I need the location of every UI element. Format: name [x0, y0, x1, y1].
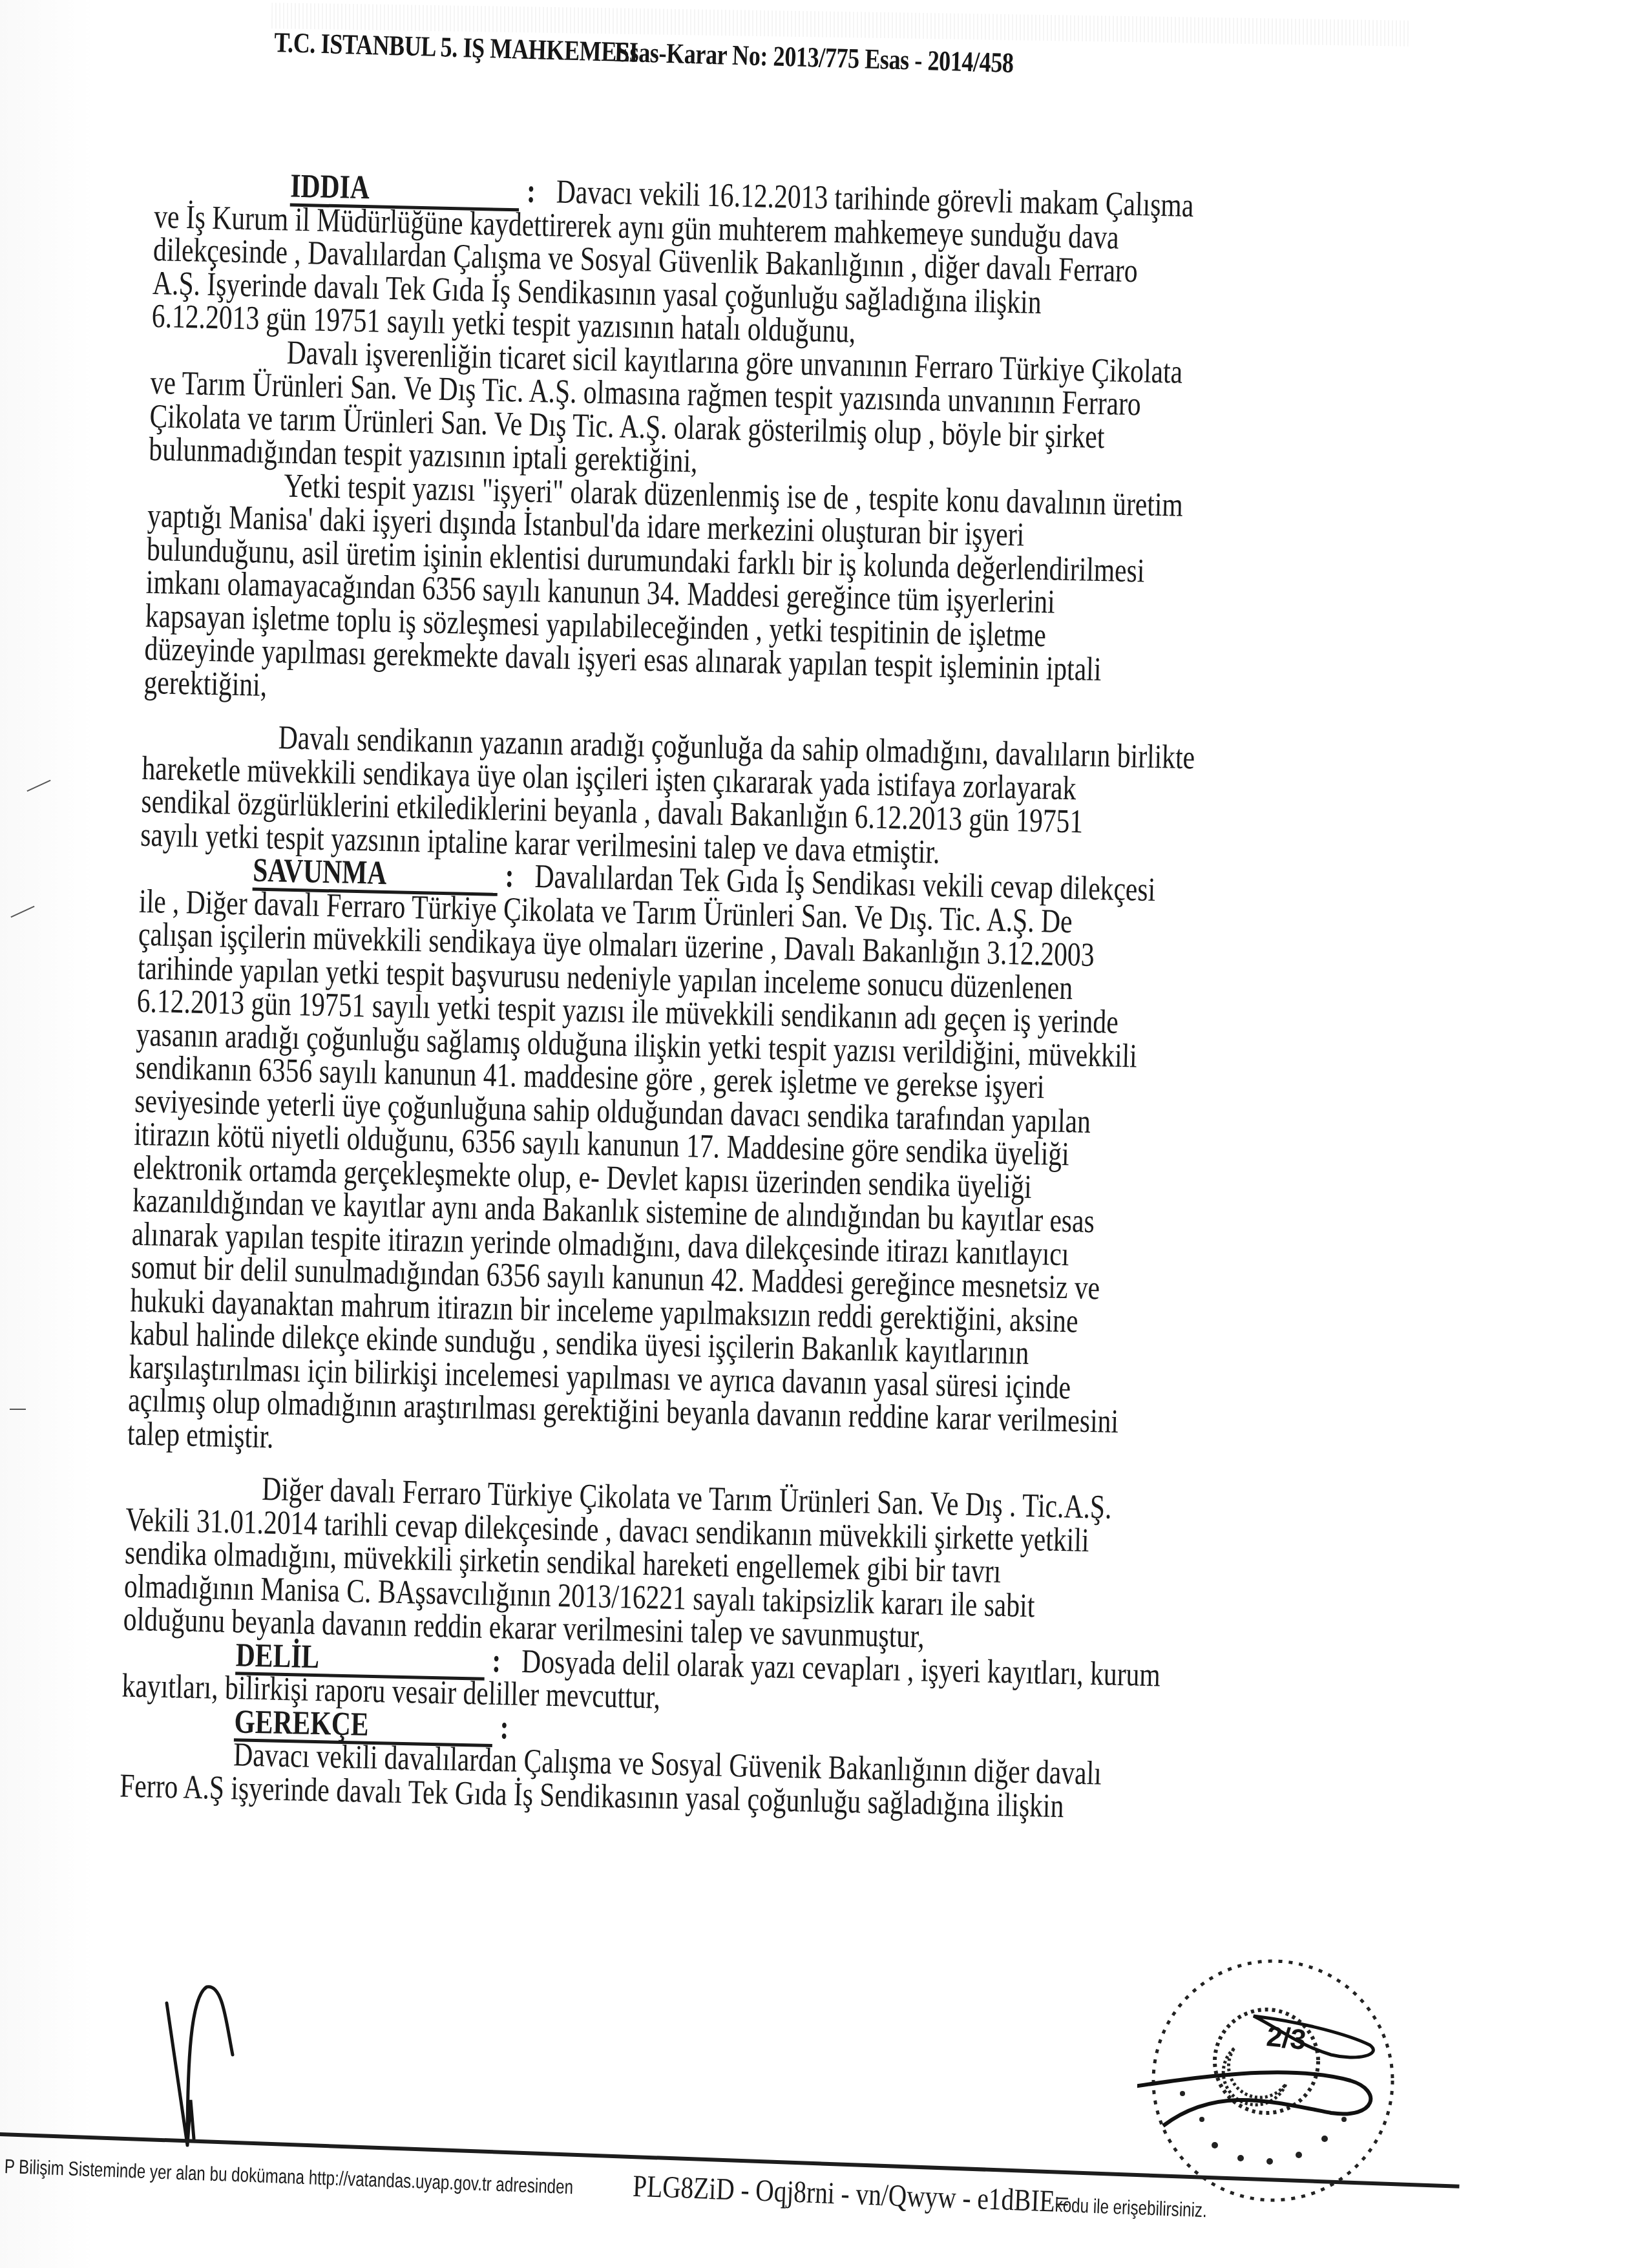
signature-icon — [162, 1984, 239, 2158]
margin-mark — [10, 906, 34, 918]
section-heading-savunma: SAVUNMA — [253, 854, 387, 890]
court-seal-icon — [1137, 1932, 1409, 2203]
heading-colon: : — [499, 1711, 509, 1745]
footer-access-code: PLG8ZiD - Oqj8rni - vn/Qwyw - e1dBIE= — [633, 2168, 1070, 2220]
heading-colon: : — [505, 859, 514, 893]
heading-colon: : — [526, 175, 536, 209]
document-body: IDDIA:Davacı vekili 16.12.2013 tarihinde… — [120, 167, 1415, 1830]
footer-prefix: P Bilişim Sisteminde yer alan bu doküman… — [4, 2155, 574, 2199]
section-heading-iddia: IDDIA — [290, 170, 370, 205]
footer-suffix: kodu ile erişebilirsiniz. — [1055, 2194, 1207, 2223]
section-heading-delil: DELİL — [235, 1639, 320, 1674]
margin-mark — [10, 1409, 26, 1410]
page-number: 2/3 — [1265, 2021, 1308, 2057]
margin-mark — [26, 780, 50, 792]
document-page: T.C. ISTANBUL 5. IŞ MAHKEMESI Esas-Karar… — [0, 0, 1649, 2268]
section-heading-gerekce: GEREKÇE — [234, 1705, 369, 1741]
case-number: Esas-Karar No: 2013/775 Esas - 2014/458 — [614, 36, 1014, 79]
heading-colon: : — [492, 1644, 501, 1677]
page-margin-right — [1460, 0, 1649, 2268]
